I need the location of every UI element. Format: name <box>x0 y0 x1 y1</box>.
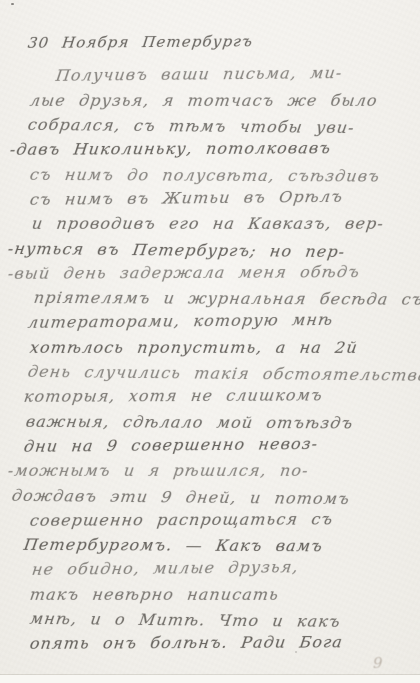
handwriting-line-12: хотѣлось пропустить, а на 2й <box>29 338 360 357</box>
handwriting-line-19: совершенно распрощаться съ <box>29 509 335 529</box>
handwriting-line-16: дни на 9 совершенно невоз- <box>23 434 320 456</box>
page-bottom-edge <box>0 675 420 683</box>
handwriting-line-8: -нуться въ Петербургъ; но пер- <box>7 239 347 261</box>
paper-speck <box>295 651 297 653</box>
handwriting-line-13: день случились такія обстоятельства, <box>27 362 420 385</box>
paper-speck <box>11 3 14 5</box>
handwriting-line-22: такъ невѣрно написать <box>29 585 281 604</box>
handwriting-line-10: пріятелямъ и журнальная бесѣда съ <box>33 288 420 309</box>
handwriting-line-7: и проводивъ его на Кавказъ, вер- <box>31 214 386 233</box>
handwriting-line-5: съ нимъ до полусвѣта, съѣздивъ <box>29 165 382 186</box>
handwriting-line-14: которыя, хотя не слишкомъ <box>23 386 324 406</box>
handwriting-line-23: мнѣ, и о Митѣ. Что и какъ <box>29 609 343 631</box>
handwriting-line-4: -давъ Николиньку, потолковавъ <box>9 139 333 160</box>
handwriting-line-11: литераторами, которую мнѣ <box>27 310 335 332</box>
handwriting-line-18: дождавъ эти 9 дней, и потомъ <box>11 486 352 508</box>
page-number: 9 <box>373 654 383 672</box>
letter-dateline: 30 Ноября Петербургъ <box>27 32 254 52</box>
handwriting-line-17: -можнымъ и я рѣшился, по- <box>7 461 310 480</box>
handwriting-line-6: съ нимъ въ Житьи въ Орѣлъ <box>29 186 345 208</box>
handwriting-line-15: важныя, сдѣлало мой отъѣздъ <box>25 412 355 433</box>
handwriting-line-20: Петербургомъ. — Какъ вамъ <box>23 535 325 555</box>
letter-photo: 30 Ноября Петербургъ Получивъ ваши письм… <box>0 0 420 683</box>
handwriting-line-24: опять онъ болѣнъ. Ради Бога <box>29 633 345 654</box>
handwriting-line-2: лые друзья, я тотчасъ же было <box>29 91 379 110</box>
handwriting-line-1: Получивъ ваши письма, ми- <box>55 63 344 85</box>
handwriting-line-9: -вый день задержала меня обѣдъ <box>7 262 362 283</box>
handwriting-line-3: собрался, съ тѣмъ чтобы уви- <box>27 115 357 137</box>
handwriting-line-21: не обидно, милые друзья, <box>31 557 300 579</box>
